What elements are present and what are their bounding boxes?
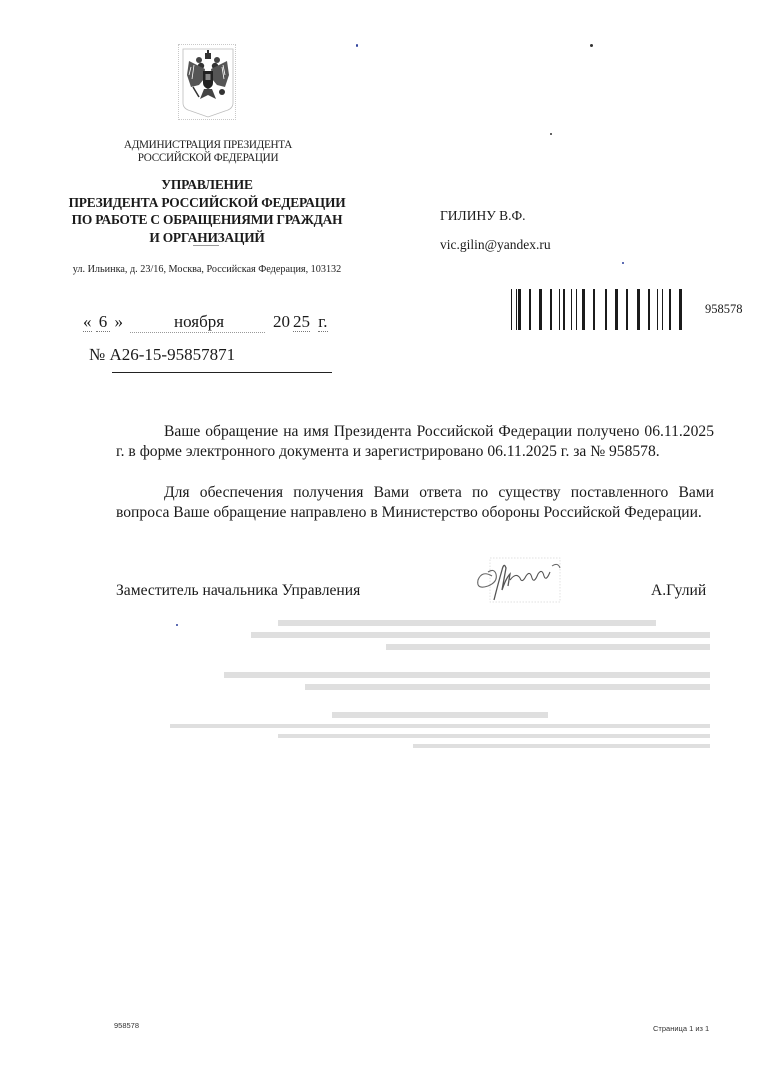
barcode-number: 958578 <box>705 302 743 317</box>
date-month-underline <box>130 332 265 333</box>
scan-artifact <box>590 44 593 47</box>
recipient-name: ГИЛИНУ В.Ф. <box>440 208 526 224</box>
registration-value: А26-15-95857871 <box>109 345 235 364</box>
registration-underline <box>112 372 332 373</box>
barcode <box>508 289 690 330</box>
reverse-side-show-through <box>170 600 710 800</box>
date-year-suffix: 25 <box>293 312 310 332</box>
barcode-gap <box>682 289 690 330</box>
barcode-gap <box>542 289 550 330</box>
signatory-name: А.Гулий <box>651 582 706 600</box>
department-line-4: И ОРГАНИЗАЦИЙ <box>62 229 352 247</box>
barcode-gap <box>640 289 648 330</box>
date-day: 6 <box>96 312 111 332</box>
barcode-gap <box>595 289 604 330</box>
recipient-email: vic.gilin@yandex.ru <box>440 237 551 253</box>
barcode-gap <box>607 289 615 330</box>
department-line-3: ПО РАБОТЕ С ОБРАЩЕНИЯМИ ГРАЖДАН <box>62 211 352 229</box>
russian-coat-of-arms-icon <box>178 44 236 120</box>
date-open-quote: « <box>83 312 92 332</box>
scan-artifact <box>550 133 552 135</box>
department-name: УПРАВЛЕНИЕ ПРЕЗИДЕНТА РОССИЙСКОЙ ФЕДЕРАЦ… <box>62 176 352 246</box>
department-address: ул. Ильинка, д. 23/16, Москва, Российска… <box>62 264 352 275</box>
barcode-gap <box>531 289 539 330</box>
scan-artifact <box>622 262 624 264</box>
registration-label: № <box>89 345 105 364</box>
department-line-1: УПРАВЛЕНИЕ <box>62 176 352 194</box>
date-day-field: « 6 » <box>83 312 123 332</box>
date-year-field: 2025 г. <box>273 312 328 332</box>
department-line-2: ПРЕЗИДЕНТА РОССИЙСКОЙ ФЕДЕРАЦИИ <box>62 194 352 212</box>
barcode-gap <box>671 289 679 330</box>
barcode-gap <box>521 289 529 330</box>
signatory-title: Заместитель начальника Управления <box>116 582 360 600</box>
footer-page-info: Страница 1 из 1 <box>653 1024 709 1033</box>
body-paragraph-2: Для обеспечения получения Вами ответа по… <box>116 483 714 523</box>
scan-artifact <box>356 44 358 47</box>
barcode-gap <box>585 289 593 330</box>
handwritten-signature-icon <box>472 556 567 606</box>
footer-document-number: 958578 <box>114 1021 139 1030</box>
body-paragraph-1: Ваше обращение на имя Президента Российс… <box>116 422 714 462</box>
date-month: ноября <box>174 312 224 332</box>
date-year-prefix: 20 <box>273 312 290 331</box>
date-close-quote: » <box>115 312 124 331</box>
administration-line-2: РОССИЙСКОЙ ФЕДЕРАЦИИ <box>100 152 316 165</box>
administration-name: АДМИНИСТРАЦИЯ ПРЕЗИДЕНТА РОССИЙСКОЙ ФЕДЕ… <box>100 139 316 164</box>
barcode-gap <box>618 289 626 330</box>
date-year-unit: г. <box>318 312 327 332</box>
scan-artifact <box>176 624 178 626</box>
registration-number: № А26-15-95857871 <box>89 345 235 365</box>
administration-line-1: АДМИНИСТРАЦИЯ ПРЕЗИДЕНТА <box>100 139 316 152</box>
barcode-gap <box>628 289 637 330</box>
header-divider <box>193 245 219 246</box>
